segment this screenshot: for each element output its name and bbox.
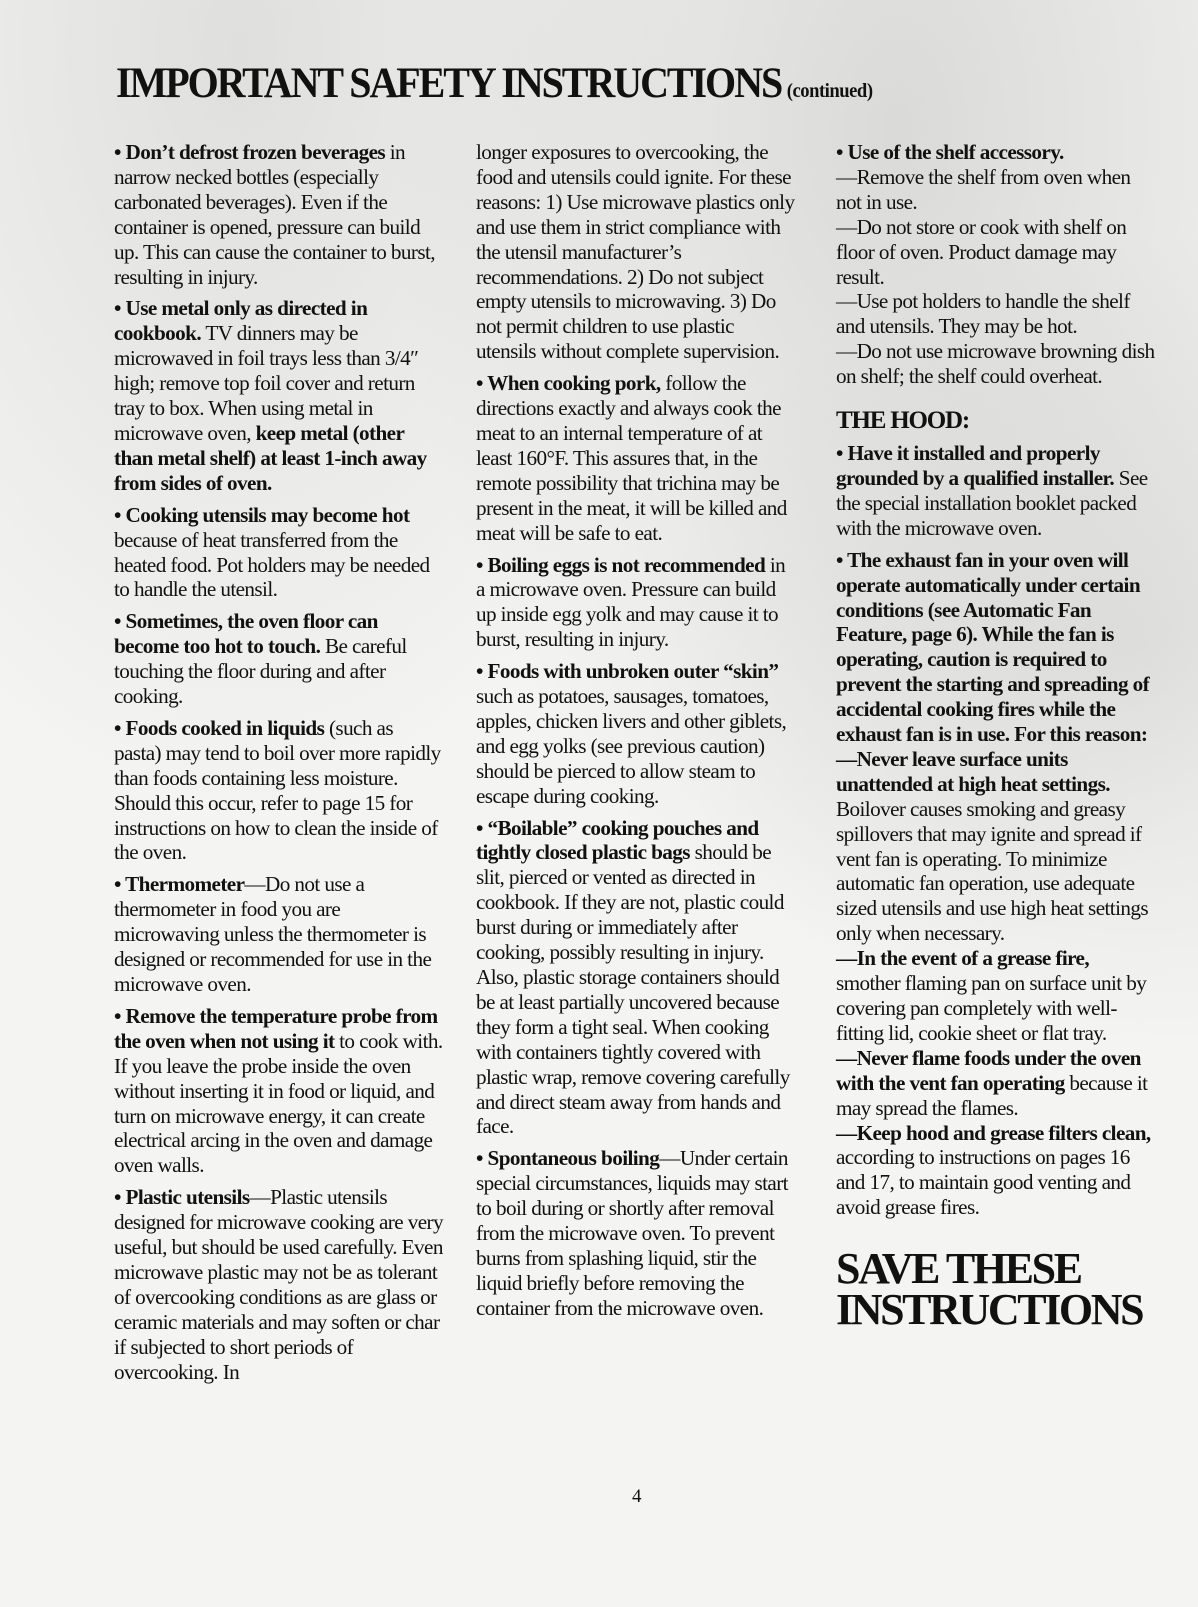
instruction-lead: • Use of the shelf accessory. <box>836 140 1064 164</box>
instruction-spontaneous-boiling: • Spontaneous boiling—Under certain spec… <box>476 1146 796 1320</box>
instruction-foods-liquids: • Foods cooked in liquids (such as pasta… <box>114 716 444 865</box>
instruction-temperature-probe: • Remove the temperature probe from the … <box>114 1004 444 1178</box>
instruction-utensils-hot: • Cooking utensils may become hot becaus… <box>114 503 444 603</box>
instruction-lead: —Keep hood and grease filters clean, <box>836 1121 1151 1145</box>
title-continued: (continued) <box>787 80 873 102</box>
shelf-remove: —Remove the shelf from oven when not in … <box>836 165 1156 215</box>
save-instructions-heading: SAVE THESE INSTRUCTIONS <box>836 1248 1156 1330</box>
instruction-lead: —Never leave surface units unattended at… <box>836 747 1110 796</box>
hood-never-leave-units: —Never leave surface units unattended at… <box>836 747 1156 946</box>
instruction-hood-installed: • Have it installed and properly grounde… <box>836 441 1156 541</box>
shelf-browning-dish: —Do not use microwave browning dish on s… <box>836 339 1156 389</box>
instruction-body: smother flaming pan on surface unit by c… <box>836 971 1146 1045</box>
shelf-do-not-store: —Do not store or cook with shelf on floo… <box>836 215 1156 290</box>
instruction-oven-floor: • Sometimes, the oven floor can become t… <box>114 609 444 709</box>
instruction-body: —Under certain special circumstances, li… <box>476 1146 788 1319</box>
instruction-lead: • Cooking utensils may become hot <box>114 503 409 527</box>
instruction-body: such as potatoes, sausages, tomatoes, ap… <box>476 684 786 808</box>
document-page: IMPORTANT SAFETY INSTRUCTIONS(continued)… <box>0 0 1198 1607</box>
instruction-use-metal: • Use metal only as directed in cookbook… <box>114 296 444 495</box>
instruction-unbroken-skin: • Foods with unbroken outer “skin” such … <box>476 659 796 808</box>
instruction-lead: • Spontaneous boiling <box>476 1146 659 1170</box>
instruction-body: —Remove the shelf from oven when not in … <box>836 165 1130 214</box>
instruction-lead: • Have it installed and properly grounde… <box>836 441 1114 490</box>
instruction-body: should be slit, pierced or vented as dir… <box>476 840 790 1138</box>
page-number: 4 <box>632 1486 642 1508</box>
instruction-lead: —In the event of a grease fire, <box>836 946 1089 970</box>
instruction-lead: • Boiling eggs is not recommended <box>476 553 765 577</box>
instruction-lead: • Foods with unbroken outer “skin” <box>476 659 778 683</box>
save-line-2: INSTRUCTIONS <box>836 1289 1156 1330</box>
instruction-body: follow the directions exactly and always… <box>476 371 787 544</box>
instruction-defrost-beverages: • Don’t defrost frozen beverages in narr… <box>114 140 444 289</box>
title-text: IMPORTANT SAFETY INSTRUCTIONS <box>116 60 781 107</box>
instruction-cooking-pork: • When cooking pork, follow the directio… <box>476 371 796 545</box>
instruction-lead: • Thermometer <box>114 872 244 896</box>
instruction-body: —Do not use microwave browning dish on s… <box>836 339 1155 388</box>
section-heading-hood: THE HOOD: <box>836 407 1156 435</box>
instruction-lead: • When cooking pork, <box>476 371 661 395</box>
instruction-lead: • Foods cooked in liquids <box>114 716 324 740</box>
shelf-pot-holders: —Use pot holders to handle the shelf and… <box>836 289 1156 339</box>
instruction-plastic-utensils: • Plastic utensils—Plastic utensils desi… <box>114 1185 444 1384</box>
instruction-body: because of heat transferred from the hea… <box>114 528 430 602</box>
instruction-lead: • Don’t defrost frozen beverages <box>114 140 385 164</box>
instruction-body: —Use pot holders to handle the shelf and… <box>836 289 1130 338</box>
column-2: longer exposures to overcooking, the foo… <box>476 140 796 1328</box>
instruction-body: —Do not store or cook with shelf on floo… <box>836 215 1126 289</box>
instruction-body: according to instructions on pages 16 an… <box>836 1145 1130 1219</box>
instruction-thermometer: • Thermometer—Do not use a thermometer i… <box>114 872 444 997</box>
instruction-shelf-accessory: • Use of the shelf accessory. <box>836 140 1156 165</box>
column-3: • Use of the shelf accessory. —Remove th… <box>836 140 1156 1330</box>
instruction-body: longer exposures to overcooking, the foo… <box>476 140 794 363</box>
instruction-body: Boilover causes smoking and greasy spill… <box>836 797 1148 946</box>
page-title: IMPORTANT SAFETY INSTRUCTIONS(continued) <box>116 62 873 105</box>
hood-grease-fire: —In the event of a grease fire, smother … <box>836 946 1156 1046</box>
instruction-plastic-continued: longer exposures to overcooking, the foo… <box>476 140 796 364</box>
instruction-lead: • The exhaust fan in your oven will oper… <box>836 548 1149 746</box>
hood-never-flame: —Never flame foods under the oven with t… <box>836 1046 1156 1121</box>
hood-keep-filters-clean: —Keep hood and grease filters clean, acc… <box>836 1121 1156 1221</box>
instruction-boiling-eggs: • Boiling eggs is not recommended in a m… <box>476 553 796 653</box>
column-1: • Don’t defrost frozen beverages in narr… <box>114 140 444 1385</box>
save-line-1: SAVE THESE <box>836 1248 1156 1289</box>
instruction-lead: • Plastic utensils <box>114 1185 250 1209</box>
instruction-boilable-pouches: • “Boilable” cooking pouches and tightly… <box>476 816 796 1140</box>
instruction-exhaust-fan: • The exhaust fan in your oven will oper… <box>836 548 1156 747</box>
instruction-body: —Plastic utensils designed for microwave… <box>114 1185 443 1383</box>
